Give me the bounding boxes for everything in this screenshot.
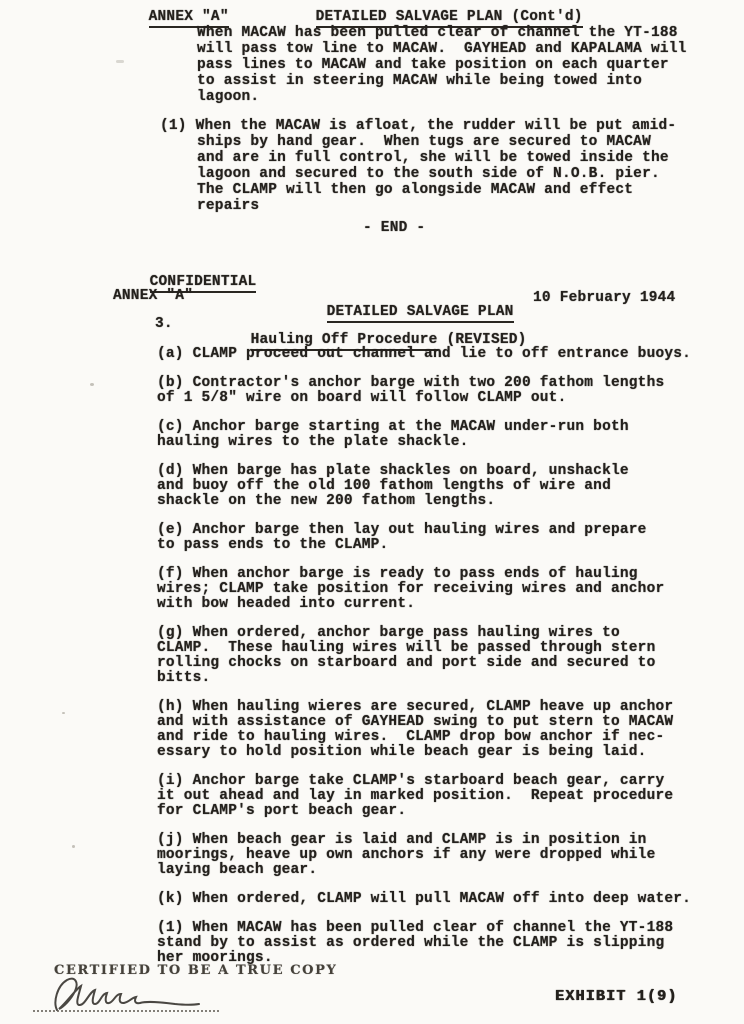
- item-1-paragraph: (1) When the MACAW is afloat, the rudder…: [160, 118, 676, 214]
- procedure-item-e: (e) Anchor barge then lay out hauling wi…: [157, 523, 697, 553]
- scan-speck: [90, 383, 94, 386]
- text-line: essary to hold position while beach gear…: [157, 745, 697, 760]
- text-line: stand by to assist as ordered while the …: [157, 936, 697, 951]
- procedure-item-a: (a) CLAMP proceed out channel and lie to…: [157, 347, 697, 362]
- exhibit-number: EXHIBIT 1(9): [555, 988, 677, 1005]
- text-line: (h) When hauling wieres are secured, CLA…: [157, 700, 697, 715]
- scanned-document-page: ANNEX "A" DETAILED SALVAGE PLAN (Cont'd)…: [0, 0, 744, 1024]
- procedure-item-f: (f) When anchor barge is ready to pass e…: [157, 567, 697, 612]
- procedure-item-d: (d) When barge has plate shackles on boa…: [157, 464, 697, 509]
- procedure-item-g: (g) When ordered, anchor barge pass haul…: [157, 626, 697, 686]
- procedure-item-h: (h) When hauling wieres are secured, CLA…: [157, 700, 697, 760]
- document-date: 10 February 1944: [533, 290, 675, 306]
- text-line: and ride to hauling wires. CLAMP drop bo…: [157, 730, 697, 745]
- signature-line: [33, 1008, 219, 1012]
- procedure-item-k: (k) When ordered, CLAMP will pull MACAW …: [157, 892, 697, 907]
- text-line: to pass ends to the CLAMP.: [157, 538, 697, 553]
- text-line: and with assistance of GAYHEAD swing to …: [157, 715, 697, 730]
- text-line: (b) Contractor's anchor barge with two 2…: [157, 376, 697, 391]
- text-line: ships by hand gear. When tugs are secure…: [160, 134, 676, 150]
- text-line: (a) CLAMP proceed out channel and lie to…: [157, 347, 697, 362]
- text-line: pass lines to MACAW and take position on…: [197, 57, 687, 73]
- text-line: lagoon and secured to the south side of …: [160, 166, 676, 182]
- text-line: (i) Anchor barge take CLAMP's starboard …: [157, 774, 697, 789]
- text-line: wires; CLAMP take position for receiving…: [157, 582, 697, 597]
- intro-paragraph: When MACAW has been pulled clear of chan…: [197, 25, 687, 105]
- text-line: rolling chocks on starboard and port sid…: [157, 656, 697, 671]
- scan-speck: [72, 845, 75, 848]
- scan-speck: [116, 60, 124, 63]
- text-line: bitts.: [157, 671, 697, 686]
- text-line: will pass tow line to MACAW. GAYHEAD and…: [197, 41, 687, 57]
- header-annex: ANNEX "A": [113, 288, 193, 304]
- text-line: (k) When ordered, CLAMP will pull MACAW …: [157, 892, 697, 907]
- text-line: shackle on the new 200 fathom lengths.: [157, 494, 697, 509]
- text-line: to assist in steering MACAW while being …: [197, 73, 687, 89]
- text-line: of 1 5/8" wire on board will follow CLAM…: [157, 391, 697, 406]
- text-line: (d) When barge has plate shackles on boa…: [157, 464, 697, 479]
- text-line: moorings, heave up own anchors if any we…: [157, 848, 697, 863]
- text-line: (e) Anchor barge then lay out hauling wi…: [157, 523, 697, 538]
- text-line: for CLAMP's port beach gear.: [157, 804, 697, 819]
- text-line: (1) When the MACAW is afloat, the rudder…: [160, 118, 676, 134]
- text-line: (c) Anchor barge starting at the MACAW u…: [157, 420, 697, 435]
- procedure-item-b: (b) Contractor's anchor barge with two 2…: [157, 376, 697, 406]
- text-line: (g) When ordered, anchor barge pass haul…: [157, 626, 697, 641]
- text-line: repairs: [160, 198, 676, 214]
- procedure-list: (a) CLAMP proceed out channel and lie to…: [157, 347, 697, 980]
- text-line: (1) When MACAW has been pulled clear of …: [157, 921, 697, 936]
- text-line: CLAMP. These hauling wires will be passe…: [157, 641, 697, 656]
- text-line: and buoy off the old 100 fathom lengths …: [157, 479, 697, 494]
- end-marker: - END -: [363, 220, 425, 236]
- text-line: it out ahead and lay in marked position.…: [157, 789, 697, 804]
- text-line: with bow headed into current.: [157, 597, 697, 612]
- text-line: (f) When anchor barge is ready to pass e…: [157, 567, 697, 582]
- text-line: and are in full control, she will be tow…: [160, 150, 676, 166]
- text-line: The CLAMP will then go alongside MACAW a…: [160, 182, 676, 198]
- procedure-item-j: (j) When beach gear is laid and CLAMP is…: [157, 833, 697, 878]
- scan-speck: [62, 712, 65, 714]
- section-number: 3.: [155, 316, 173, 332]
- text-line: hauling wires to the plate shackle.: [157, 435, 697, 450]
- text-line: lagoon.: [197, 89, 687, 105]
- procedure-item-c: (c) Anchor barge starting at the MACAW u…: [157, 420, 697, 450]
- text-line: (j) When beach gear is laid and CLAMP is…: [157, 833, 697, 848]
- text-line: laying beach gear.: [157, 863, 697, 878]
- procedure-item-i: (i) Anchor barge take CLAMP's starboard …: [157, 774, 697, 819]
- text-line: When MACAW has been pulled clear of chan…: [197, 25, 687, 41]
- procedure-item-l: (1) When MACAW has been pulled clear of …: [157, 921, 697, 966]
